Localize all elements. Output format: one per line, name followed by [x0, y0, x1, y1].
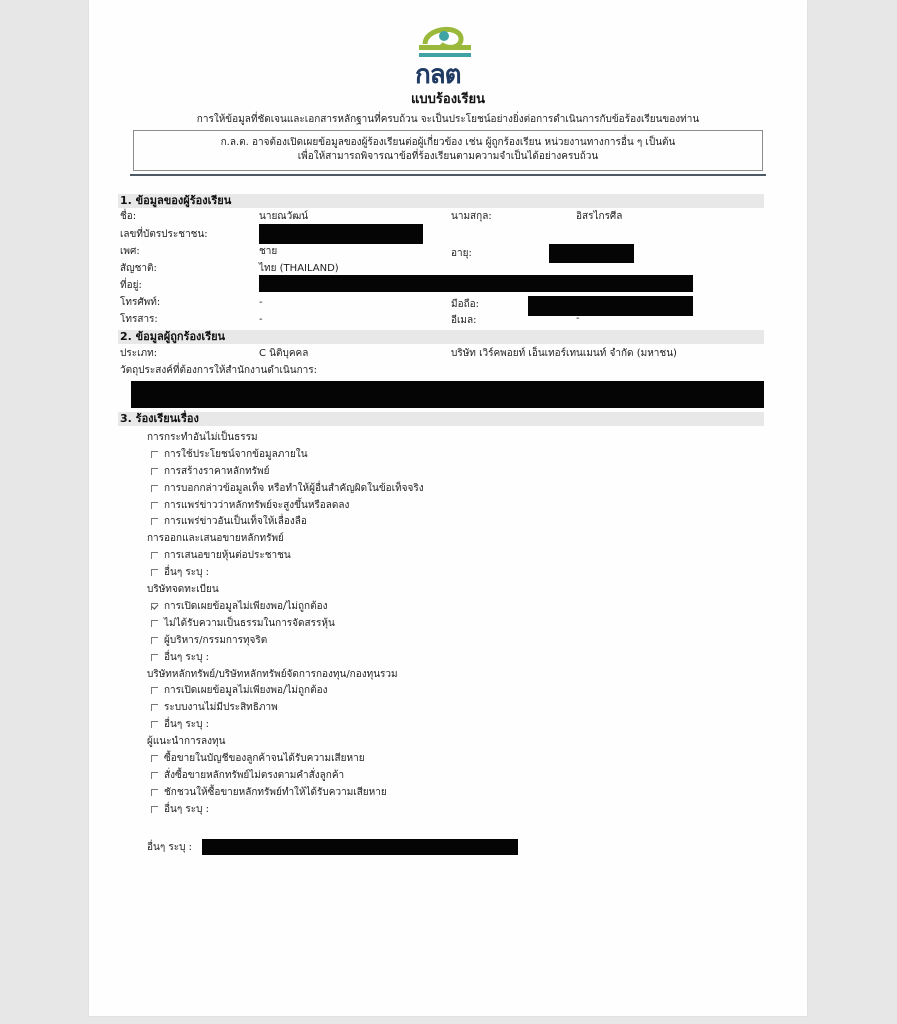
age-label: อายุ:	[451, 247, 472, 260]
topic-option-label: การสร้างราคาหลักทรัพย์	[164, 465, 270, 478]
mobile-label: มือถือ:	[451, 298, 479, 311]
topic-option-label: สั่งซื้อขายหลักทรัพย์ไม่ตรงตามคำสั่งลูกค…	[164, 769, 344, 782]
checkbox-icon[interactable]	[151, 518, 158, 525]
topic-option[interactable]: ไม่ได้รับความเป็นธรรมในการจัดสรรหุ้น	[151, 617, 335, 630]
complaint-form-page: กลต แบบร้องเรียน การให้ข้อมูลที่ชัดเจนแล…	[89, 0, 807, 1016]
topic-option[interactable]: การเปิดเผยข้อมูลไม่เพียงพอ/ไม่ถูกต้อง	[151, 600, 327, 613]
phone-value: -	[259, 296, 263, 309]
first-name-label: ชื่อ:	[120, 210, 136, 223]
topic-option[interactable]: การบอกกล่าวข้อมูลเท็จ หรือทำให้ผู้อื่นสำ…	[151, 482, 424, 495]
checkbox-icon[interactable]	[151, 637, 158, 644]
checkbox-icon[interactable]	[151, 485, 158, 492]
checkbox-icon[interactable]	[151, 502, 158, 509]
notice-line: ก.ล.ต. อาจต้องเปิดเผยข้อมูลของผู้ร้องเรี…	[134, 136, 762, 150]
topic-option[interactable]: การแพร่ข่าวอันเป็นเท็จให้เลื่องลือ	[151, 515, 307, 528]
respondent-type-label: ประเภท:	[120, 347, 157, 360]
topic-option[interactable]: สั่งซื้อขายหลักทรัพย์ไม่ตรงตามคำสั่งลูกค…	[151, 769, 344, 782]
gender-value: ชาย	[259, 245, 277, 258]
id-number-label: เลขที่บัตรประชาชน:	[120, 228, 208, 241]
topic-option-label: การเสนอขายหุ้นต่อประชาชน	[164, 549, 291, 562]
topic-option-label: ผู้บริหาร/กรรมการทุจริต	[164, 634, 267, 647]
checkbox-icon[interactable]	[151, 704, 158, 711]
section2-title: 2. ข้อมูลผู้ถูกร้องเรียน	[120, 330, 225, 344]
checkbox-icon[interactable]	[151, 552, 158, 559]
notice-line: เพื่อให้สามารถพิจารณาข้อที่ร้องเรียนตามค…	[134, 150, 762, 164]
checkbox-icon[interactable]	[151, 569, 158, 576]
address-label: ที่อยู่:	[120, 279, 142, 292]
checkbox-icon[interactable]	[151, 654, 158, 661]
disclosure-notice: ก.ล.ต. อาจต้องเปิดเผยข้อมูลของผู้ร้องเรี…	[133, 130, 763, 171]
redacted-mobile	[528, 296, 693, 316]
topic-option[interactable]: การสร้างราคาหลักทรัพย์	[151, 465, 270, 478]
topic-group-label: บริษัทจดทะเบียน	[147, 583, 219, 596]
checkbox-icon[interactable]	[151, 789, 158, 796]
email-value: -	[576, 312, 580, 325]
checkbox-icon[interactable]	[151, 687, 158, 694]
topic-option[interactable]: ชักชวนให้ซื้อขายหลักทรัพย์ทำให้ได้รับควา…	[151, 786, 387, 799]
respondent-type-value: C นิติบุคคล	[259, 347, 308, 360]
last-name-value: อิสรไกรศีล	[576, 210, 622, 223]
topic-option[interactable]: การเสนอขายหุ้นต่อประชาชน	[151, 549, 291, 562]
checkbox-icon[interactable]	[151, 468, 158, 475]
section1-title: 1. ข้อมูลของผู้ร้องเรียน	[120, 194, 231, 208]
fax-label: โทรสาร:	[120, 313, 158, 326]
topic-option[interactable]: การแพร่ข่าวว่าหลักทรัพย์จะสูงขึ้นหรือลดล…	[151, 499, 349, 512]
redacted-id-number	[259, 224, 423, 244]
topic-option[interactable]: การเปิดเผยข้อมูลไม่เพียงพอ/ไม่ถูกต้อง	[151, 684, 327, 697]
nationality-value: ไทย (THAILAND)	[259, 262, 339, 275]
topic-option-label: การเปิดเผยข้อมูลไม่เพียงพอ/ไม่ถูกต้อง	[164, 600, 327, 613]
section3-title: 3. ร้องเรียนเรื่อง	[120, 412, 199, 426]
checkbox-icon[interactable]	[151, 772, 158, 779]
checkbox-icon[interactable]	[151, 806, 158, 813]
last-name-label: นามสกุล:	[451, 210, 492, 223]
checkbox-icon[interactable]	[151, 721, 158, 728]
topic-option[interactable]: ผู้บริหาร/กรรมการทุจริต	[151, 634, 267, 647]
topic-group-label: การออกและเสนอขายหลักทรัพย์	[147, 532, 284, 545]
sec-logo: กลต	[411, 20, 481, 84]
redacted-other-specify	[202, 839, 518, 855]
topic-option[interactable]: การใช้ประโยชน์จากข้อมูลภายใน	[151, 448, 308, 461]
nationality-label: สัญชาติ:	[120, 262, 157, 275]
topic-option-label: การใช้ประโยชน์จากข้อมูลภายใน	[164, 448, 308, 461]
topic-option-label: อื่นๆ ระบุ :	[164, 651, 209, 664]
form-title: แบบร้องเรียน	[89, 88, 807, 109]
redacted-address	[259, 275, 693, 292]
topic-option-label: การเปิดเผยข้อมูลไม่เพียงพอ/ไม่ถูกต้อง	[164, 684, 327, 697]
topic-option-label: อื่นๆ ระบุ :	[164, 566, 209, 579]
topic-option-label: ไม่ได้รับความเป็นธรรมในการจัดสรรหุ้น	[164, 617, 335, 630]
topic-option[interactable]: อื่นๆ ระบุ :	[151, 566, 209, 579]
other-specify-label: อื่นๆ ระบุ :	[147, 841, 192, 854]
checkbox-icon[interactable]	[151, 755, 158, 762]
topic-option[interactable]: อื่นๆ ระบุ :	[151, 651, 209, 664]
topic-group-label: บริษัทหลักทรัพย์/บริษัทหลักทรัพย์จัดการก…	[147, 668, 398, 681]
checkbox-icon[interactable]	[151, 620, 158, 627]
first-name-value: นายณวัฒน์	[259, 210, 308, 223]
topic-option[interactable]: ซื้อขายในบัญชีของลูกค้าจนได้รับความเสียห…	[151, 752, 365, 765]
phone-label: โทรศัพท์:	[120, 296, 160, 309]
topic-group-label: การกระทำอันไม่เป็นธรรม	[147, 431, 258, 444]
topic-group-label: ผู้แนะนำการลงทุน	[147, 735, 225, 748]
topic-option-label: การบอกกล่าวข้อมูลเท็จ หรือทำให้ผู้อื่นสำ…	[164, 482, 424, 495]
redacted-age	[549, 244, 634, 263]
respondent-company: บริษัท เวิร์คพอยท์ เอ็นเทอร์เทนเมนท์ จำก…	[451, 347, 677, 360]
checkbox-checked-icon[interactable]	[151, 603, 158, 610]
redacted-purpose	[131, 381, 764, 408]
form-intro: การให้ข้อมูลที่ชัดเจนและเอกสารหลักฐานที่…	[89, 112, 807, 127]
topic-option[interactable]: ระบบงานไม่มีประสิทธิภาพ	[151, 701, 278, 714]
section3-header-bar	[118, 412, 764, 426]
topic-option-label: การแพร่ข่าวว่าหลักทรัพย์จะสูงขึ้นหรือลดล…	[164, 499, 349, 512]
checkbox-icon[interactable]	[151, 451, 158, 458]
topic-option-label: อื่นๆ ระบุ :	[164, 718, 209, 731]
topic-option-label: ชักชวนให้ซื้อขายหลักทรัพย์ทำให้ได้รับควา…	[164, 786, 387, 799]
topic-option-label: การแพร่ข่าวอันเป็นเท็จให้เลื่องลือ	[164, 515, 307, 528]
topic-option[interactable]: อื่นๆ ระบุ :	[151, 803, 209, 816]
purpose-label: วัตถุประสงค์ที่ต้องการให้สำนักงานดำเนินก…	[120, 364, 317, 377]
header-divider	[130, 174, 766, 176]
topic-option-label: ซื้อขายในบัญชีของลูกค้าจนได้รับความเสียห…	[164, 752, 365, 765]
topic-option[interactable]: อื่นๆ ระบุ :	[151, 718, 209, 731]
email-label: อีเมล:	[451, 314, 477, 327]
fax-value: -	[259, 313, 263, 326]
topic-option-label: ระบบงานไม่มีประสิทธิภาพ	[164, 701, 278, 714]
topic-option-label: อื่นๆ ระบุ :	[164, 803, 209, 816]
gender-label: เพศ:	[120, 245, 140, 258]
